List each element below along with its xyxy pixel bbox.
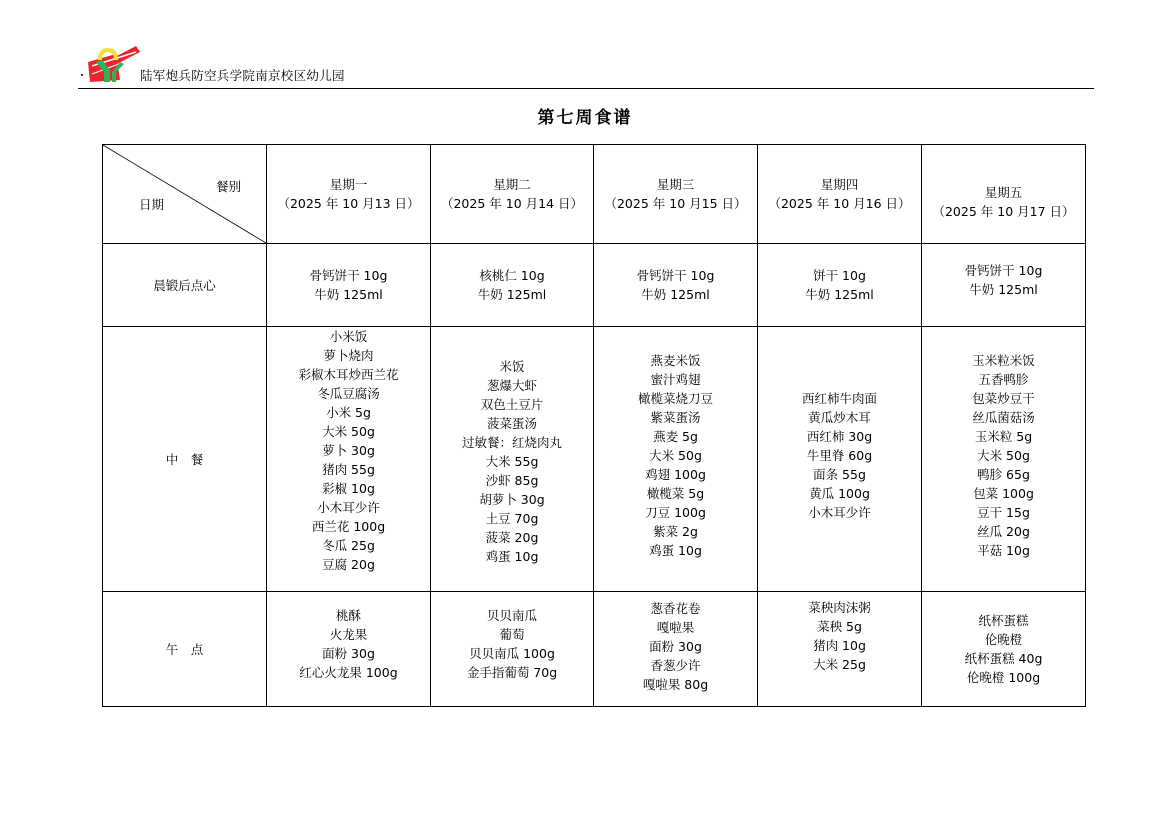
- day-header-mon: 星期一 （2025 年 10 月13 日）: [267, 145, 431, 244]
- menu-item: 土豆 70g: [431, 509, 593, 528]
- menu-item: 黄瓜 100g: [758, 484, 921, 503]
- menu-cell: 饼干 10g牛奶 125ml: [758, 244, 922, 327]
- menu-item: 包菜 100g: [922, 484, 1085, 503]
- menu-cell: 西红柿牛肉面黄瓜炒木耳西红柿 30g牛里脊 60g面条 55g黄瓜 100g小木…: [758, 327, 922, 592]
- menu-item: 小米饭: [267, 327, 430, 346]
- menu-item: 葱香花卷: [594, 599, 757, 618]
- menu-item: 燕麦米饭: [594, 351, 757, 370]
- menu-item: 骨钙饼干 10g: [922, 261, 1085, 280]
- org-name: 陆军炮兵防空兵学院南京校区幼儿园: [140, 66, 345, 84]
- menu-item: 面条 55g: [758, 465, 921, 484]
- page-header: 陆军炮兵防空兵学院南京校区幼儿园: [78, 38, 1094, 89]
- weekday: 星期二: [431, 175, 593, 194]
- menu-item: 大米 50g: [267, 422, 430, 441]
- menu-item: 牛奶 125ml: [594, 285, 757, 304]
- menu-item: 猪肉 55g: [267, 460, 430, 479]
- menu-item: 伦晚橙 100g: [922, 668, 1085, 687]
- menu-item: 大米 50g: [594, 446, 757, 465]
- date: （2025 年 10 月13 日）: [267, 194, 430, 213]
- date: （2025 年 10 月17 日）: [922, 202, 1085, 221]
- row-label: 晨锻后点心: [103, 244, 267, 327]
- menu-item: 桃酥: [267, 606, 430, 625]
- menu-item: 面粉 30g: [594, 637, 757, 656]
- menu-item: 贝贝南瓜 100g: [431, 644, 593, 663]
- menu-cell: 纸杯蛋糕伦晚橙纸杯蛋糕 40g伦晚橙 100g: [922, 592, 1086, 707]
- menu-item: 冬瓜 25g: [267, 536, 430, 555]
- menu-item: 五香鸭胗: [922, 370, 1085, 389]
- menu-item: 玉米粒 5g: [922, 427, 1085, 446]
- menu-item: 鸡蛋 10g: [431, 547, 593, 566]
- menu-item: 豆腐 20g: [267, 555, 430, 574]
- menu-item: 萝卜 30g: [267, 441, 430, 460]
- menu-item: 橄榄菜 5g: [594, 484, 757, 503]
- menu-item: 菠菜蛋汤: [431, 414, 593, 433]
- diagonal-divider: [103, 145, 266, 243]
- menu-item: 菠菜 20g: [431, 528, 593, 547]
- menu-item: 小米 5g: [267, 403, 430, 422]
- weekday: 星期五: [922, 183, 1085, 202]
- menu-item: 鸭胗 65g: [922, 465, 1085, 484]
- menu-item: 核桃仁 10g: [431, 266, 593, 285]
- date: （2025 年 10 月14 日）: [431, 194, 593, 213]
- menu-item: 鸡蛋 10g: [594, 541, 757, 560]
- day-header-tue: 星期二 （2025 年 10 月14 日）: [431, 145, 594, 244]
- menu-item: 紫菜 2g: [594, 522, 757, 541]
- weekday: 星期四: [758, 175, 921, 194]
- menu-item: 饼干 10g: [758, 266, 921, 285]
- table-row-lunch: 中 餐 小米饭萝卜烧肉彩椒木耳炒西兰花冬瓜豆腐汤小米 5g大米 50g萝卜 30…: [103, 327, 1086, 592]
- menu-item: 包菜炒豆干: [922, 389, 1085, 408]
- menu-item: 紫菜蛋汤: [594, 408, 757, 427]
- menu-item: 香葱少许: [594, 656, 757, 675]
- table-row-morning-snack: 晨锻后点心 骨钙饼干 10g牛奶 125ml 核桃仁 10g牛奶 125ml 骨…: [103, 244, 1086, 327]
- menu-item: 丝瓜 20g: [922, 522, 1085, 541]
- menu-item: 嘎啦果 80g: [594, 675, 757, 694]
- menu-item: 牛奶 125ml: [267, 285, 430, 304]
- menu-item: 过敏餐：红烧肉丸: [431, 433, 593, 452]
- menu-item: 大米 50g: [922, 446, 1085, 465]
- menu-item: 贝贝南瓜: [431, 606, 593, 625]
- menu-item: 嘎啦果: [594, 618, 757, 637]
- menu-item: 蜜汁鸡翅: [594, 370, 757, 389]
- menu-item: 葡萄: [431, 625, 593, 644]
- table-row-afternoon-snack: 午 点 桃酥火龙果面粉 30g红心火龙果 100g 贝贝南瓜葡萄贝贝南瓜 100…: [103, 592, 1086, 707]
- menu-item: 金手指葡萄 70g: [431, 663, 593, 682]
- menu-item: 牛奶 125ml: [431, 285, 593, 304]
- menu-item: 小木耳少许: [267, 498, 430, 517]
- menu-item: 豆干 15g: [922, 503, 1085, 522]
- menu-item: 伦晚橙: [922, 630, 1085, 649]
- menu-item: 胡萝卜 30g: [431, 490, 593, 509]
- row-label: 午 点: [103, 592, 267, 707]
- menu-item: 彩椒木耳炒西兰花: [267, 365, 430, 384]
- menu-item: 菜秧肉沫粥: [758, 598, 921, 617]
- menu-item: 西红柿 30g: [758, 427, 921, 446]
- menu-item: 橄榄菜烧刀豆: [594, 389, 757, 408]
- menu-item: 牛奶 125ml: [922, 280, 1085, 299]
- menu-item: 火龙果: [267, 625, 430, 644]
- menu-item: 大米 55g: [431, 452, 593, 471]
- menu-item: 丝瓜菌菇汤: [922, 408, 1085, 427]
- menu-cell: 玉米粒米饭五香鸭胗包菜炒豆干丝瓜菌菇汤玉米粒 5g大米 50g鸭胗 65g包菜 …: [922, 327, 1086, 592]
- menu-item: 米饭: [431, 357, 593, 376]
- menu-cell: 菜秧肉沫粥菜秧 5g猪肉 10g大米 25g: [758, 592, 922, 707]
- menu-cell: 燕麦米饭蜜汁鸡翅橄榄菜烧刀豆紫菜蛋汤燕麦 5g大米 50g鸡翅 100g橄榄菜 …: [594, 327, 758, 592]
- menu-item: 刀豆 100g: [594, 503, 757, 522]
- menu-item: 平菇 10g: [922, 541, 1085, 560]
- menu-item: 葱爆大虾: [431, 376, 593, 395]
- weekday: 星期一: [267, 175, 430, 194]
- weekday: 星期三: [594, 175, 757, 194]
- kindergarten-logo-icon: [78, 40, 140, 84]
- menu-item: 西红柿牛肉面: [758, 389, 921, 408]
- menu-cell: 骨钙饼干 10g牛奶 125ml: [594, 244, 758, 327]
- menu-cell: 小米饭萝卜烧肉彩椒木耳炒西兰花冬瓜豆腐汤小米 5g大米 50g萝卜 30g猪肉 …: [267, 327, 431, 592]
- weekly-menu-table: 餐别 日期 星期一 （2025 年 10 月13 日） 星期二 （2025 年 …: [102, 144, 1086, 707]
- menu-item: 骨钙饼干 10g: [594, 266, 757, 285]
- menu-item: 鸡翅 100g: [594, 465, 757, 484]
- menu-item: 牛里脊 60g: [758, 446, 921, 465]
- page-title: 第七周食谱: [0, 103, 1170, 128]
- day-header-fri: 星期五 （2025 年 10 月17 日）: [922, 145, 1086, 244]
- menu-item: 牛奶 125ml: [758, 285, 921, 304]
- menu-item: 菜秧 5g: [758, 617, 921, 636]
- date: （2025 年 10 月16 日）: [758, 194, 921, 213]
- menu-item: 玉米粒米饭: [922, 351, 1085, 370]
- menu-cell: 桃酥火龙果面粉 30g红心火龙果 100g: [267, 592, 431, 707]
- menu-cell: 骨钙饼干 10g牛奶 125ml: [267, 244, 431, 327]
- corner-cell: 餐别 日期: [103, 145, 267, 244]
- menu-item: 燕麦 5g: [594, 427, 757, 446]
- menu-item: 沙虾 85g: [431, 471, 593, 490]
- date-label: 日期: [139, 195, 164, 214]
- menu-item: 彩椒 10g: [267, 479, 430, 498]
- day-header-thu: 星期四 （2025 年 10 月16 日）: [758, 145, 922, 244]
- menu-cell: 米饭葱爆大虾双色土豆片菠菜蛋汤过敏餐：红烧肉丸大米 55g沙虾 85g胡萝卜 3…: [431, 327, 594, 592]
- menu-item: 纸杯蛋糕: [922, 611, 1085, 630]
- menu-cell: 贝贝南瓜葡萄贝贝南瓜 100g金手指葡萄 70g: [431, 592, 594, 707]
- meal-type-label: 餐别: [216, 177, 241, 196]
- row-label: 中 餐: [103, 327, 267, 592]
- menu-item: 小木耳少许: [758, 503, 921, 522]
- menu-item: 双色土豆片: [431, 395, 593, 414]
- menu-item: 黄瓜炒木耳: [758, 408, 921, 427]
- menu-item: 大米 25g: [758, 655, 921, 674]
- menu-item: 面粉 30g: [267, 644, 430, 663]
- header-row: 餐别 日期 星期一 （2025 年 10 月13 日） 星期二 （2025 年 …: [103, 145, 1086, 244]
- menu-item: 冬瓜豆腐汤: [267, 384, 430, 403]
- menu-cell: 核桃仁 10g牛奶 125ml: [431, 244, 594, 327]
- menu-cell: 骨钙饼干 10g牛奶 125ml: [922, 244, 1086, 327]
- menu-item: 纸杯蛋糕 40g: [922, 649, 1085, 668]
- menu-item: 猪肉 10g: [758, 636, 921, 655]
- menu-cell: 葱香花卷嘎啦果面粉 30g香葱少许嘎啦果 80g: [594, 592, 758, 707]
- menu-item: 西兰花 100g: [267, 517, 430, 536]
- menu-item: 红心火龙果 100g: [267, 663, 430, 682]
- menu-item: 骨钙饼干 10g: [267, 266, 430, 285]
- date: （2025 年 10 月15 日）: [594, 194, 757, 213]
- menu-item: 萝卜烧肉: [267, 346, 430, 365]
- day-header-wed: 星期三 （2025 年 10 月15 日）: [594, 145, 758, 244]
